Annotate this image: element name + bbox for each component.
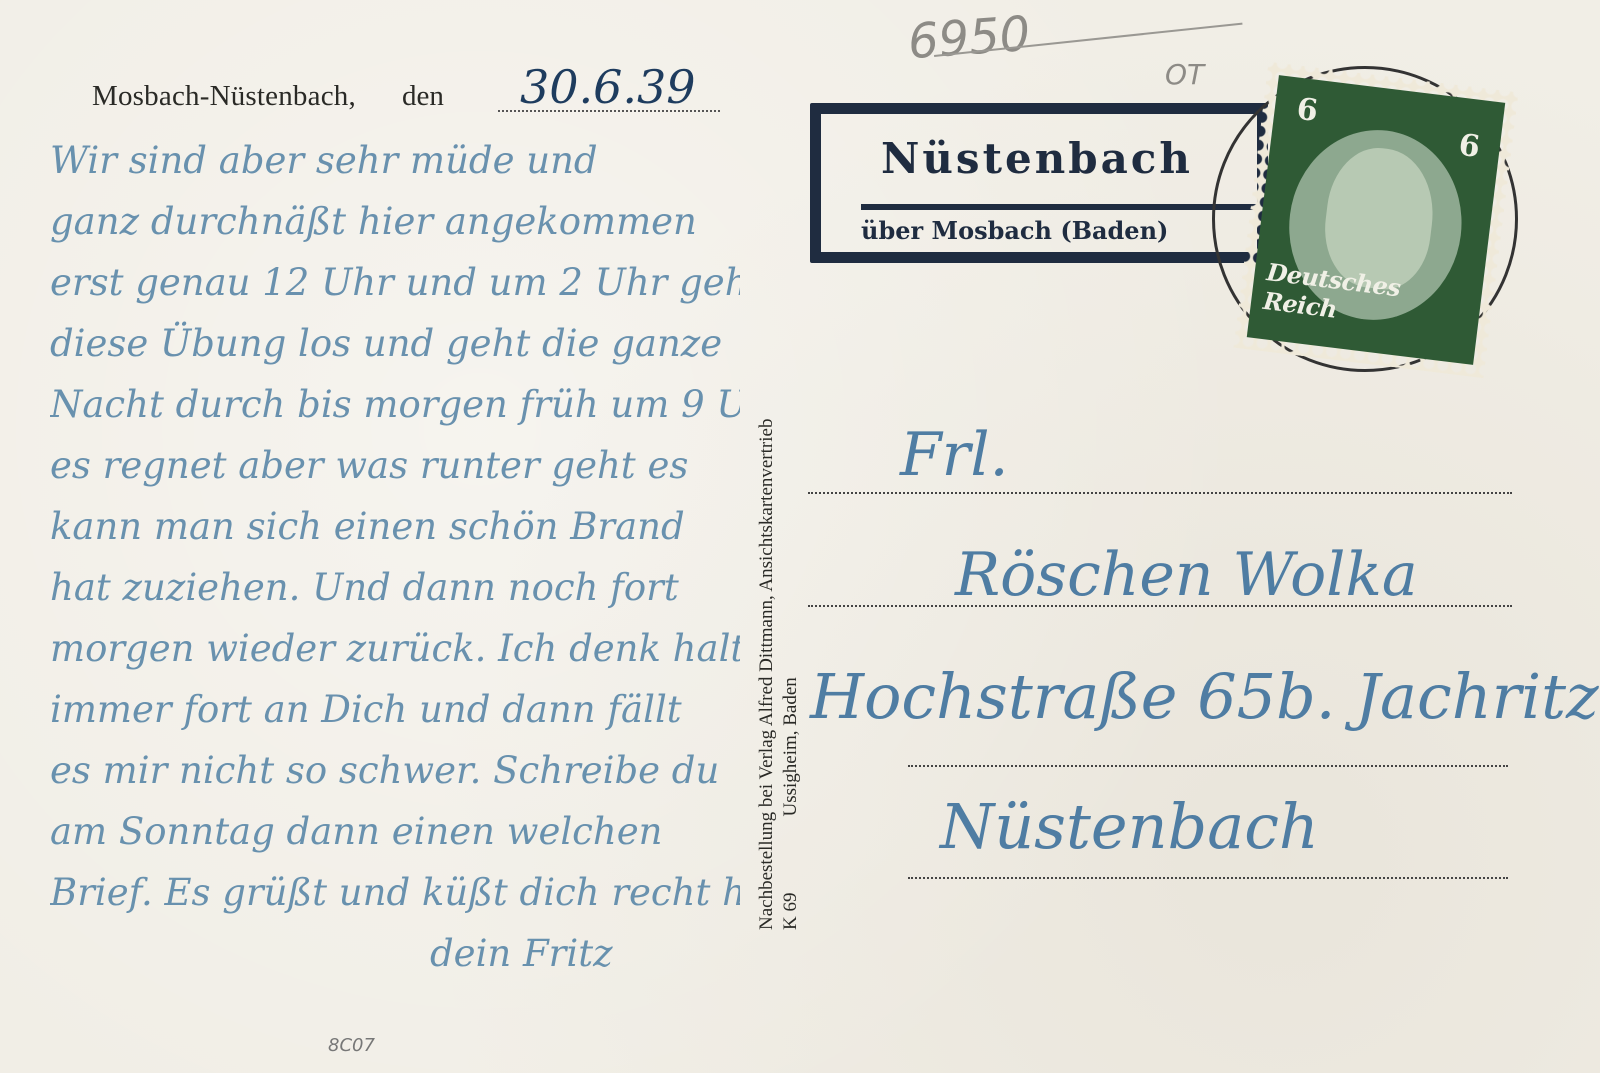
address-line-1 (808, 492, 1512, 494)
address-line-4 (908, 877, 1508, 879)
message-line: erst genau 12 Uhr und um 2 Uhr geht (50, 252, 740, 313)
message-line: es mir nicht so schwer. Schreibe du (50, 740, 740, 801)
publisher-line-1: Nachbestellung bei Verlag Alfred Dittman… (755, 419, 779, 930)
message-line: kann man sich einen schön Brand (50, 496, 740, 557)
cancel-line-1: Nüstenbach (881, 134, 1193, 183)
printed-den-label: den (402, 80, 444, 113)
pencil-ot-note: OT (1165, 58, 1204, 91)
stamp-face: 6 6 Deutsches Reich (1247, 75, 1505, 365)
address-town: Nüstenbach (940, 790, 1319, 863)
postcard-back: Mosbach-Nüstenbach, den 30.6.39 Wir sind… (0, 0, 1600, 1073)
message-line: immer fort an Dich und dann fällt (50, 679, 740, 740)
message-line: morgen wieder zurück. Ich denk halt (50, 618, 740, 679)
stamp-value: 6 (1295, 92, 1320, 129)
address-street: Hochstraße 65b. Jachritz (810, 660, 1599, 733)
message-line: am Sonntag dann einen welchen (50, 801, 740, 862)
address-salutation: Frl. (900, 420, 1009, 490)
message-line: Nacht durch bis morgen früh um 9 Uhr (50, 374, 740, 435)
publisher-line-2: K 69 Ussigheim, Baden (779, 419, 803, 930)
pencil-archive-code: 8C07 (328, 1035, 375, 1056)
message-line: diese Übung los und geht die ganze (50, 313, 740, 374)
handwritten-message: Wir sind aber sehr müde und ganz durchnä… (50, 130, 740, 984)
handwritten-date: 30.6.39 (520, 60, 696, 114)
publisher-imprint: Nachbestellung bei Verlag Alfred Dittman… (755, 419, 803, 930)
rural-box-cancel: Nüstenbach über Mosbach (Baden) (810, 103, 1268, 263)
message-line: Wir sind aber sehr müde und (50, 130, 740, 191)
message-line: Brief. Es grüßt und küßt dich recht herz… (50, 862, 740, 923)
cancel-divider (861, 204, 1257, 210)
address-recipient: Röschen Wolka (955, 540, 1418, 610)
message-line: dein Fritz (50, 923, 740, 984)
pencil-price-note: 6950 (906, 6, 1032, 70)
message-line: ganz durchnäßt hier angekommen (50, 191, 740, 252)
address-line-3 (908, 765, 1508, 767)
stamp-value: 6 (1457, 128, 1482, 165)
postage-stamp: 6 6 Deutsches Reich (1233, 62, 1518, 379)
cancel-line-2: über Mosbach (Baden) (861, 216, 1168, 245)
message-line: hat zuziehen. Und dann noch fort (50, 557, 740, 618)
message-line: es regnet aber was runter geht es (50, 435, 740, 496)
printed-place-name: Mosbach-Nüstenbach, (92, 80, 356, 113)
